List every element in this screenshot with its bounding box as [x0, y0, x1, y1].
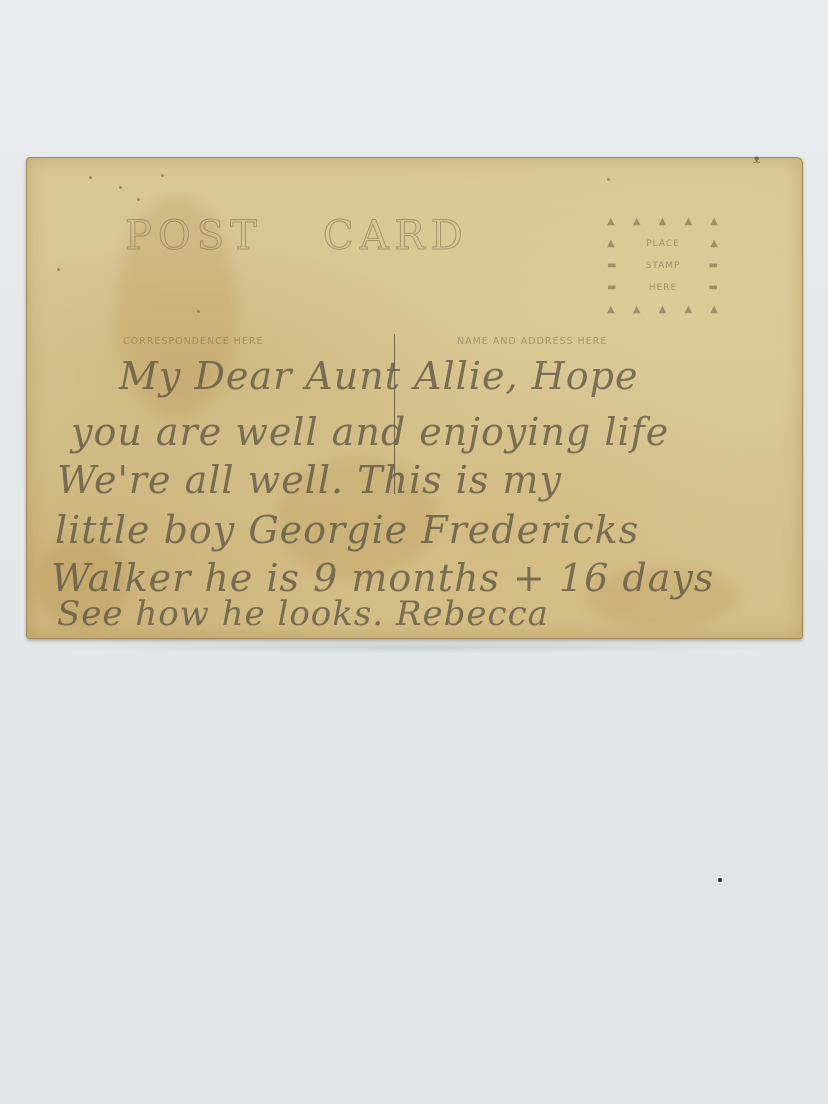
- triangle-icon: ▲: [659, 304, 668, 315]
- triangle-icon: ▲: [659, 216, 668, 227]
- card-shadow: [30, 640, 800, 654]
- triangle-icon: ▲: [710, 216, 719, 227]
- triangle-icon: ▲: [607, 304, 616, 315]
- postcard: ᴥ POST CARD ▲ ▲ ▲ ▲ ▲ ▲ ▲ ▬ ▬ ▬ ▬ ▲ ▲ ▲ …: [26, 157, 803, 639]
- dash-icon: ▬: [607, 282, 617, 293]
- stamp-border-top: ▲ ▲ ▲ ▲ ▲: [607, 216, 719, 227]
- speck: [57, 268, 60, 271]
- dash-icon: ▬: [709, 282, 719, 293]
- address-label: NAME AND ADDRESS HERE: [457, 336, 607, 347]
- triangle-icon: ▲: [607, 216, 616, 227]
- speck: [161, 174, 164, 177]
- dash-icon: ▬: [709, 260, 719, 271]
- speck: [89, 176, 92, 179]
- handwriting-line: See how he looks. Rebecca: [57, 594, 549, 634]
- triangle-icon: ▲: [633, 216, 642, 227]
- stamp-text-here: HERE: [629, 283, 697, 293]
- triangle-icon: ▲: [633, 304, 642, 315]
- triangle-icon: ▲: [710, 304, 719, 315]
- corner-mark: ᴥ: [753, 152, 760, 166]
- speck: [197, 310, 200, 313]
- speck: [607, 178, 610, 181]
- stamp-box: ▲ ▲ ▲ ▲ ▲ ▲ ▲ ▬ ▬ ▬ ▬ ▲ ▲ ▲ ▲ ▲ PLACE ST…: [607, 216, 719, 324]
- postcard-header-post: POST: [125, 213, 263, 259]
- handwriting-line: My Dear Aunt Allie, Hope: [119, 354, 638, 398]
- handwriting-line: We're all well. This is my: [57, 458, 562, 502]
- stamp-border-bottom: ▲ ▲ ▲ ▲ ▲: [607, 304, 719, 315]
- dash-icon: ▬: [607, 260, 617, 271]
- triangle-icon: ▲: [684, 216, 693, 227]
- triangle-icon: ▲: [684, 304, 693, 315]
- postcard-header-card: CARD: [323, 213, 469, 259]
- handwriting-line: little boy Georgie Fredericks: [55, 508, 639, 552]
- triangle-icon: ▲: [607, 238, 616, 249]
- speck: [119, 186, 122, 189]
- stamp-text-stamp: STAMP: [629, 261, 697, 271]
- dust-speck: [718, 878, 722, 882]
- handwriting-line: you are well and enjoying life: [71, 410, 669, 454]
- triangle-icon: ▲: [710, 238, 719, 249]
- correspondence-label: CORRESPONDENCE HERE: [123, 336, 264, 347]
- speck: [137, 198, 140, 201]
- stamp-text-place: PLACE: [629, 239, 697, 249]
